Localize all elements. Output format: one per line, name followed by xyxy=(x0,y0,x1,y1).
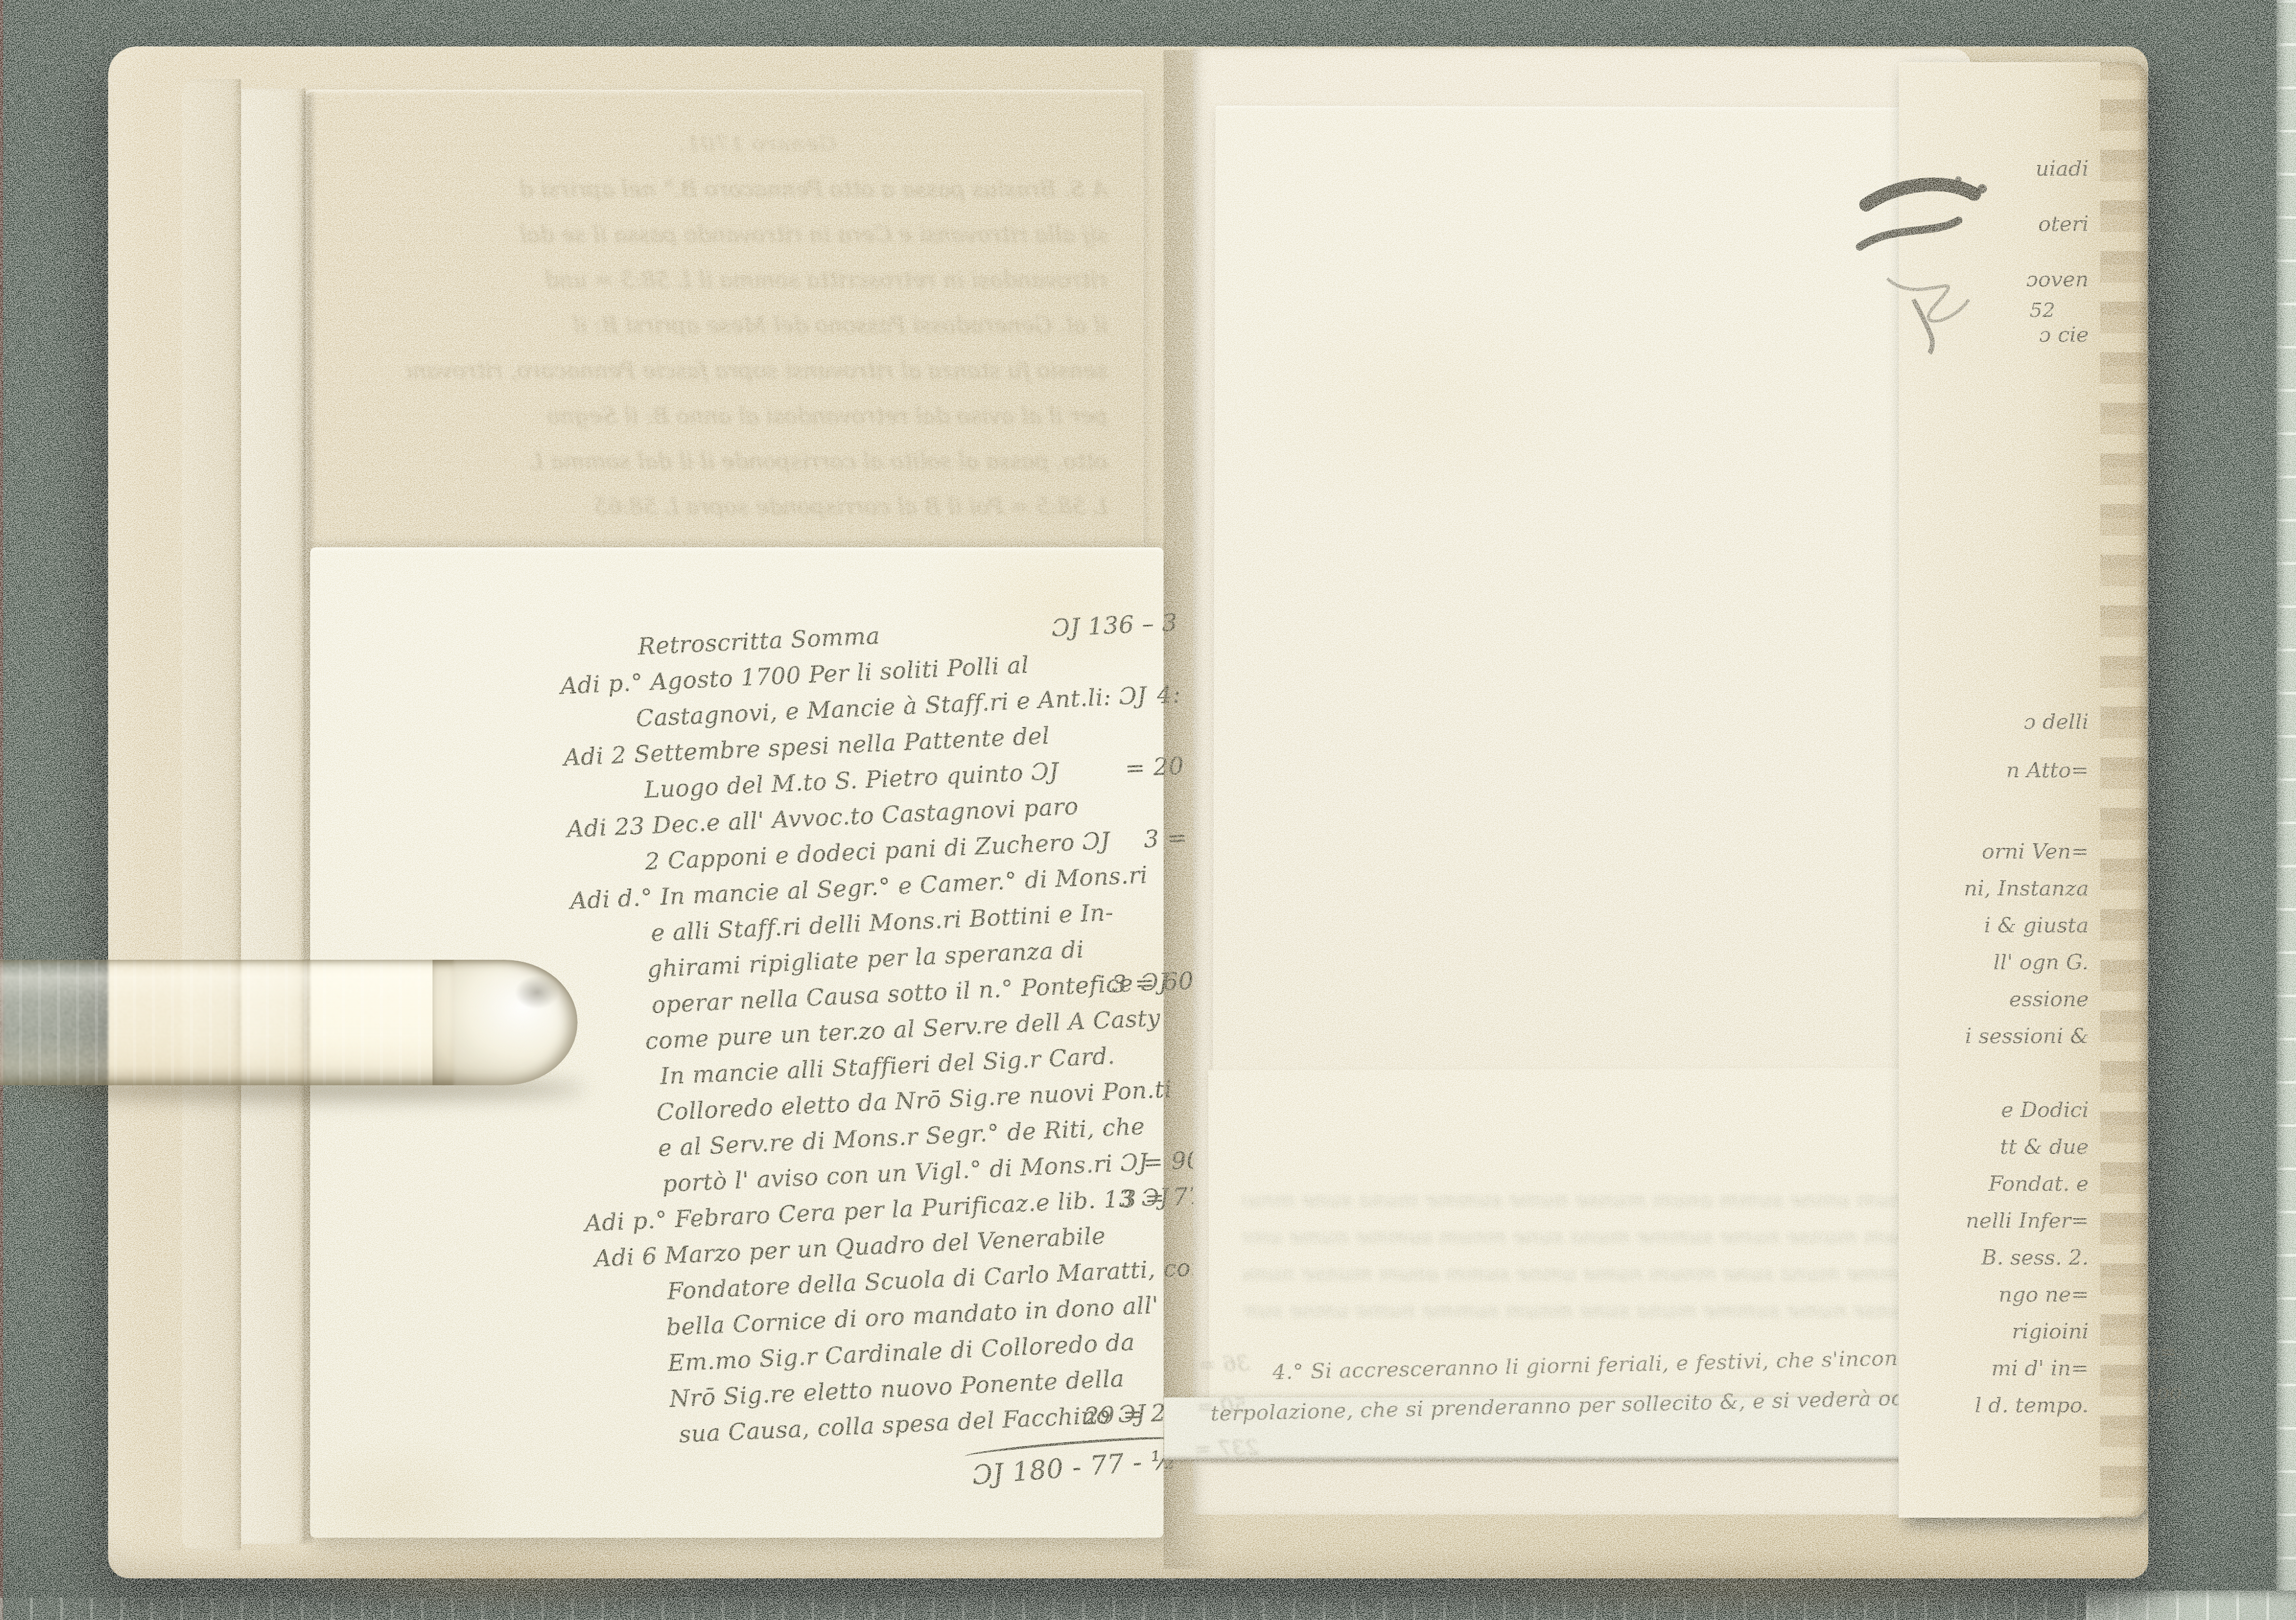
deckle-edge xyxy=(2100,62,2147,1518)
bleedthrough-text: Genaro 1701. A S. Brasius passa a otto P… xyxy=(406,121,1108,559)
showthrough-line: munse nume summe muna sune mnum summe nu… xyxy=(1243,1298,1924,1323)
edge-fragments-middle: ɔ dellin Atto= xyxy=(2006,698,2089,795)
showthrough-line: anum munse nume summe muna sune mnum sum… xyxy=(1243,1224,1924,1249)
edge-fragment xyxy=(1964,1055,2089,1092)
cover-stain xyxy=(1427,1555,2060,1618)
edge-fragment: n Atto= xyxy=(2006,746,2089,795)
top-left-leaf: Genaro 1701. A S. Brasius passa a otto P… xyxy=(306,90,1144,574)
mirror-number: 36 = xyxy=(1198,1351,1250,1377)
bleedthrough-line: L 58:5 = Poi il B al corrisponde sopra L… xyxy=(406,484,1108,529)
ink-blot-scribble xyxy=(1850,168,2024,358)
page-edge-strip xyxy=(182,79,241,1550)
edge-fragments-lower: orni Ven=ni, Instanzai & giustall' ogn G… xyxy=(1964,833,2089,1424)
bleedthrough-line: A S. Brasius passa a otto Pennacoro B.° … xyxy=(406,167,1108,212)
edge-fragment: tt & due xyxy=(1964,1129,2089,1165)
edge-fragment: i sessioni & xyxy=(1964,1018,2089,1055)
ledger-total-amount: ƆJ 180 - 77 - ½ xyxy=(964,1432,1192,1494)
edge-fragment: orni Ven= xyxy=(1964,833,2089,870)
edge-fragment: l d. tempo. xyxy=(1964,1387,2089,1424)
bleedthrough-line: per il al aviso dal retrovandosi al anno… xyxy=(406,393,1108,439)
bleedthrough-line: sensio fu stanza al ritrovansi sopra fas… xyxy=(406,348,1108,393)
edge-fragment: B. sess. 2. xyxy=(1964,1239,2089,1276)
right-edge-stack: uiadioteriɔovenɔ cie 52 ɔ dellin Atto= o… xyxy=(1899,62,2147,1518)
edge-fragment: ngo ne= xyxy=(1964,1276,2089,1313)
edge-fragment: ɔ delli xyxy=(2006,698,2089,746)
edge-fragment: ni, Instanza xyxy=(1964,870,2089,907)
bleedthrough-line: otto, passa al solito al corrisponde il … xyxy=(406,439,1108,484)
ruler-right-edge xyxy=(2276,0,2296,1620)
edge-fragments-upper: uiadioteriɔovenɔ cie xyxy=(2026,141,2089,363)
edge-fragment: nelli Infer= xyxy=(1964,1202,2089,1239)
cover-stain xyxy=(266,1534,741,1613)
mirror-number: 50 = xyxy=(1196,1393,1248,1419)
edge-fragment: essione xyxy=(1964,981,2089,1018)
ledger-line-text: Retroscritta Somma xyxy=(637,622,880,660)
edge-fragment: mi d' in= xyxy=(1964,1350,2089,1387)
ledger-line-amount: ƆJ 136 – 3 xyxy=(1051,605,1178,647)
bleedthrough-header: Genaro 1701. xyxy=(406,121,1108,167)
edge-fragment: oteri xyxy=(2026,197,2089,252)
left-edge-red-line xyxy=(0,0,3,1620)
edge-fragment: i & giusta xyxy=(1964,907,2089,944)
edge-fragment: uiadi xyxy=(2026,141,2089,197)
bleedthrough-line: sij alla ritrovansi e Cera in ritrovando… xyxy=(406,212,1108,257)
page-edge-strip xyxy=(241,89,305,1544)
glass-dome-end xyxy=(433,960,578,1085)
edge-fragment: ll' ogn G. xyxy=(1964,944,2089,981)
edge-fragment: rigioini xyxy=(1964,1313,2089,1350)
mirror-number: 237 = xyxy=(1194,1435,1259,1462)
ledger-text-block: Retroscritta Somma ƆJ 136 – 3 Adi p.° Ag… xyxy=(558,606,1193,1509)
showthrough-line: summe muna sune mnum nume umne summ anum… xyxy=(1243,1261,1924,1286)
cover-crease xyxy=(1161,1458,1963,1462)
glass-weight xyxy=(0,960,578,1085)
edge-fragment: e Dodici xyxy=(1964,1092,2089,1129)
page-number-fragment: 52 xyxy=(2030,298,2055,322)
glass-cylinder xyxy=(0,960,454,1085)
photo-scene: Genaro 1701. A S. Brasius passa a otto P… xyxy=(0,0,2296,1620)
bleedthrough-line: ritrovandosi in retroscritta somma il L … xyxy=(406,257,1108,303)
edge-fragment: Fondat. e xyxy=(1964,1165,2089,1202)
showthrough-line: mnum umne summ anum munse nume summe mun… xyxy=(1243,1188,1924,1212)
ruler-bottom-corner xyxy=(2086,1590,2296,1620)
right-blank-sheet xyxy=(1213,105,1917,1088)
bleedthrough-line: il al. Generadossi Passono del Mese apri… xyxy=(406,303,1108,348)
